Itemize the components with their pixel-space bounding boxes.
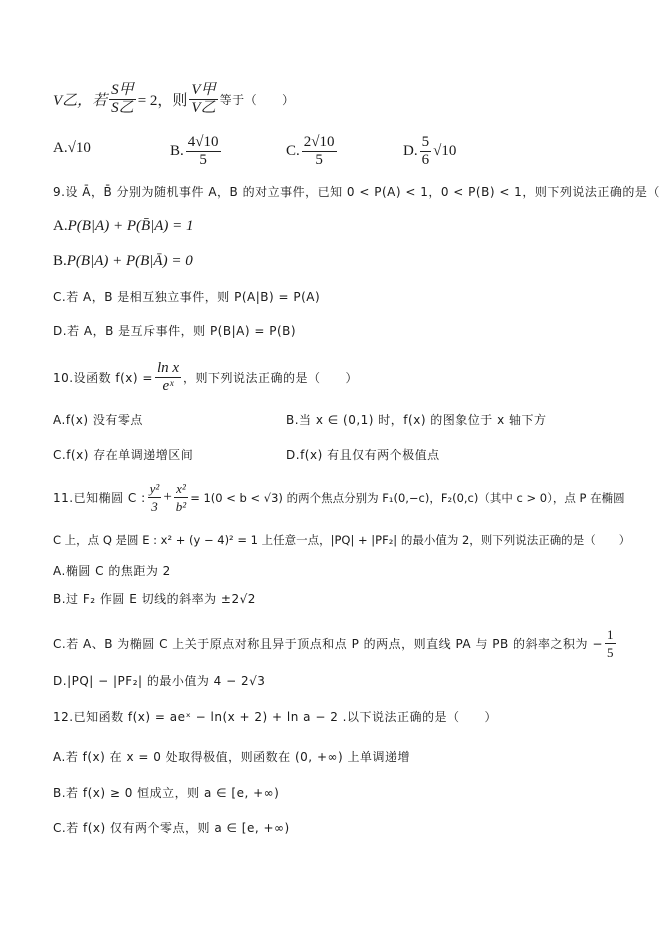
q9-option-b: B. P(B|A) + P(B|Ā) = 0 — [53, 253, 193, 270]
q8-option-d: D. 5 6 √10 — [403, 134, 456, 169]
q10-option-a: A.f(x) 没有零点 — [53, 411, 143, 428]
q12-option-b: B.若 f(x) ≥ 0 恒成立，则 a ∈ [e, +∞) — [53, 784, 279, 801]
q8-lead: V乙，若 — [53, 89, 107, 110]
q11-option-a: A.椭圆 C 的焦距为 2 — [53, 562, 171, 579]
q12-option-c: C.若 f(x) 仅有两个零点，则 a ∈ [e, +∞) — [53, 819, 290, 836]
q10-fraction: ln x eˣ — [155, 360, 181, 395]
q12-option-a: A.若 f(x) 在 x = 0 处取得极值，则函数在 (0, +∞) 上单调递… — [53, 748, 410, 765]
q11-option-b: B.过 F₂ 作圆 E 切线的斜率为 ±2√2 — [53, 590, 256, 607]
q11-option-d: D.|PQ| − |PF₂| 的最小值为 4 − 2√3 — [53, 672, 265, 689]
q12-stem: 12.已知函数 f(x) = aeˣ − ln(x + 2) + ln a − … — [53, 708, 497, 725]
q8-option-b: B. 4√10 5 — [170, 134, 223, 169]
q8-cond-eq: = 2，则 — [138, 89, 188, 110]
q10-option-b: B.当 x ∈ (0,1) 时，f(x) 的图象位于 x 轴下方 — [286, 411, 547, 428]
q11-stem-line2: C 上，点 Q 是圆 E : x² + (y − 4)² = 1 上任意一点，|… — [53, 532, 630, 548]
q9-option-c: C. 若 A，B 是相互独立事件，则 P(A|B) = P(A) — [53, 288, 320, 305]
q9-option-d: D. 若 A，B 是互斥事件，则 P(B|A) = P(B) — [53, 322, 296, 339]
q8-stem-tail: V乙，若 S甲 S乙 = 2，则 V甲 V乙 等于（ ） — [53, 82, 295, 117]
q8-option-a: A. √10 — [53, 140, 91, 157]
q8-ask-tail: 等于（ ） — [220, 91, 295, 108]
q8-cond-fraction: S甲 S乙 — [109, 82, 136, 117]
q11-option-c: C.若 A、B 为椭圆 C 上关于原点对称且异于顶点和点 P 的两点，则直线 P… — [53, 626, 618, 661]
q10-option-d: D.f(x) 有且仅有两个极值点 — [286, 446, 440, 463]
q8-ask-fraction: V甲 V乙 — [189, 82, 217, 117]
q8-option-c: C. 2√10 5 — [286, 134, 339, 169]
q10-option-c: C.f(x) 存在单调递增区间 — [53, 446, 193, 463]
q9-stem: 9.设 Ā，B̄ 分别为随机事件 A，B 的对立事件，已知 0 < P(A) <… — [53, 183, 660, 200]
q11-stem-line1: 11.已知椭圆 C : y² 3 + x² b² = 1(0 < b < √3)… — [53, 480, 625, 515]
q9-option-a: A. P(B|A) + P(B̄|A) = 1 — [53, 218, 194, 235]
q10-stem: 10.设函数 f(x) = ln x eˣ ，则下列说法正确的是（ ） — [53, 360, 358, 395]
